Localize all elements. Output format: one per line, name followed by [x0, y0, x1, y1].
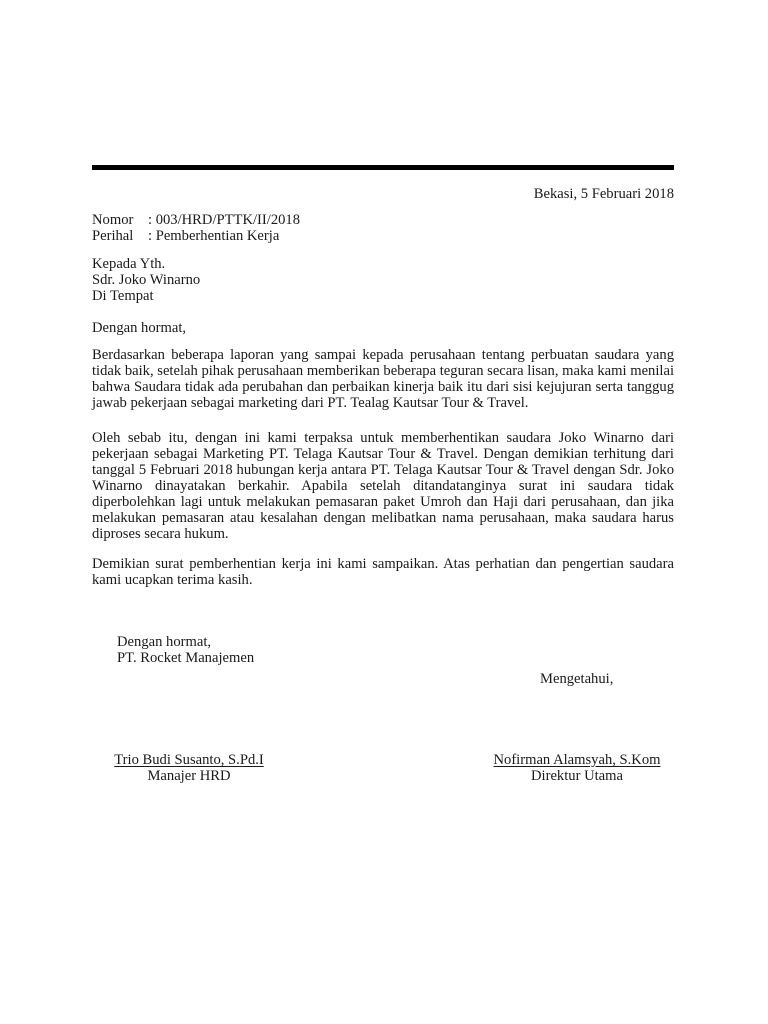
meta-value: : Pemberhentian Kerja — [148, 228, 279, 244]
signatory-title: Manajer HRD — [108, 768, 270, 784]
closing-block: Dengan hormat, PT. Rocket Manajemen — [117, 634, 254, 666]
body-paragraph: Demikian surat pemberhentian kerja ini k… — [92, 556, 674, 588]
body-paragraph: Berdasarkan beberapa laporan yang sampai… — [92, 347, 674, 411]
meta-label: Perihal — [92, 228, 148, 244]
addressee-line: Sdr. Joko Winarno — [92, 272, 200, 288]
meta-label: Nomor — [92, 212, 148, 228]
signatory-name: Nofirman Alamsyah, S.Kom — [485, 752, 669, 768]
closing-line: Dengan hormat, — [117, 634, 254, 650]
letter-page: Bekasi, 5 Februari 2018 Nomor : 003/HRD/… — [0, 0, 768, 1024]
meta-row-number: Nomor : 003/HRD/PTTK/II/2018 — [92, 212, 300, 228]
signatory-title: Direktur Utama — [485, 768, 669, 784]
addressee-block: Kepada Yth. Sdr. Joko Winarno Di Tempat — [92, 256, 200, 304]
addressee-line: Kepada Yth. — [92, 256, 200, 272]
letter-meta: Nomor : 003/HRD/PTTK/II/2018 Perihal : P… — [92, 212, 300, 244]
salutation: Dengan hormat, — [92, 320, 186, 336]
closing-line: PT. Rocket Manajemen — [117, 650, 254, 666]
meta-value: : 003/HRD/PTTK/II/2018 — [148, 212, 300, 228]
place-date: Bekasi, 5 Februari 2018 — [534, 186, 674, 202]
signatory-name: Trio Budi Susanto, S.Pd.I — [108, 752, 270, 768]
acknowledge-label: Mengetahui, — [540, 671, 613, 687]
addressee-line: Di Tempat — [92, 288, 200, 304]
signature-director: Nofirman Alamsyah, S.Kom Direktur Utama — [485, 752, 669, 784]
body-paragraph: Oleh sebab itu, dengan ini kami terpaksa… — [92, 430, 674, 542]
signature-hrd: Trio Budi Susanto, S.Pd.I Manajer HRD — [108, 752, 270, 784]
header-rule — [92, 165, 674, 170]
meta-row-subject: Perihal : Pemberhentian Kerja — [92, 228, 300, 244]
